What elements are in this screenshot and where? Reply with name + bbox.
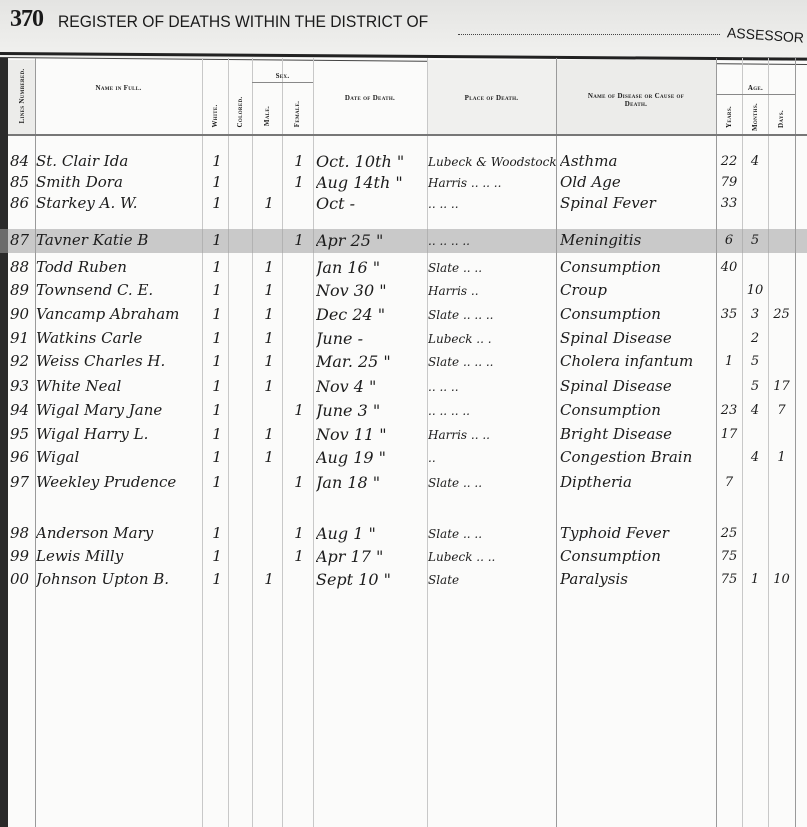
cell-name: Starkey A. W. — [36, 194, 204, 212]
cell-line: 90 — [10, 305, 38, 323]
cell-white: 1 — [208, 425, 226, 443]
cell-white: 1 — [208, 281, 226, 299]
cell-date: Aug 14th " — [316, 173, 428, 192]
cell-line: 99 — [10, 547, 38, 565]
header-years: Years. — [725, 97, 733, 137]
cell-male: 1 — [257, 448, 281, 466]
cell-place: Slate .. .. — [428, 476, 556, 490]
cell-line: 00 — [10, 570, 38, 588]
cell-months: 5 — [742, 354, 768, 369]
cell-days: 25 — [768, 307, 795, 322]
header-female: Female. — [293, 94, 301, 134]
cell-date: Nov 11 " — [316, 425, 428, 444]
cell-line: 98 — [10, 524, 38, 542]
cell-male: 1 — [257, 258, 281, 276]
cell-name: Johnson Upton B. — [36, 570, 204, 588]
cell-female: 1 — [287, 401, 311, 419]
page-number: 370 — [10, 6, 43, 33]
header-male: Male. — [263, 96, 271, 136]
cell-name: Townsend C. E. — [36, 281, 204, 299]
binding-edge — [0, 58, 8, 827]
cell-date: Apr 25 " — [316, 231, 428, 250]
header-days: Days. — [777, 99, 785, 139]
cell-white: 1 — [208, 329, 226, 347]
cell-male: 1 — [257, 352, 281, 370]
cell-name: Wigal Mary Jane — [36, 401, 204, 419]
table-row: 92Weiss Charles H.11Mar. 25 "Slate .. ..… — [8, 350, 798, 374]
cell-name: Watkins Carle — [36, 329, 204, 347]
cell-years: 22 — [716, 154, 742, 169]
cell-white: 1 — [208, 448, 226, 466]
table-row: 90Vancamp Abraham11Dec 24 "Slate .. .. .… — [8, 303, 798, 327]
cell-name: White Neal — [36, 377, 204, 395]
cell-place: Slate .. .. — [428, 527, 556, 541]
cell-female: 1 — [287, 152, 311, 170]
cell-years: 23 — [716, 403, 742, 418]
cell-line: 93 — [10, 377, 38, 395]
cell-place: Lubeck .. . — [428, 332, 556, 346]
cell-disease: Croup — [560, 281, 720, 299]
assessor-label: ASSESSOR — [727, 24, 805, 45]
cell-date: Aug 1 " — [316, 524, 428, 543]
cell-place: .. — [428, 451, 556, 465]
cell-date: Jan 18 " — [316, 473, 428, 492]
age-subheader-rule — [716, 94, 795, 95]
cell-disease: Typhoid Fever — [560, 524, 720, 542]
cell-place: Slate — [428, 573, 556, 587]
cell-place: Lubeck .. .. — [428, 550, 556, 564]
header-place-of-death: Place of Death. — [427, 94, 556, 102]
cell-male: 1 — [257, 305, 281, 323]
table-row: 00Johnson Upton B.11Sept 10 "SlateParaly… — [8, 568, 798, 592]
cell-disease: Cholera infantum — [560, 352, 720, 370]
cell-male: 1 — [257, 194, 281, 212]
cell-name: Weiss Charles H. — [36, 352, 204, 370]
cell-male: 1 — [257, 425, 281, 443]
cell-date: Apr 17 " — [316, 547, 428, 566]
cell-date: Oct - — [316, 194, 428, 213]
cell-disease: Meningitis — [560, 231, 720, 249]
cell-place: .. .. .. .. — [428, 234, 556, 248]
cell-place: .. .. .. .. — [428, 404, 556, 418]
cell-white: 1 — [208, 258, 226, 276]
cell-years: 33 — [716, 196, 742, 211]
header-disease: Name of Disease or Cause of Death. — [576, 92, 696, 108]
cell-disease: Paralysis — [560, 570, 720, 588]
cell-name: Todd Ruben — [36, 258, 204, 276]
table-row: 87Tavner Katie B11Apr 25 ".. .. .. ..Men… — [0, 229, 807, 253]
cell-line: 92 — [10, 352, 38, 370]
cell-disease: Asthma — [560, 152, 720, 170]
cell-date: Jan 16 " — [316, 258, 428, 277]
header-lines-numbered: Lines Numbered. — [18, 61, 26, 131]
cell-date: Nov 4 " — [316, 377, 428, 396]
cell-line: 97 — [10, 473, 38, 491]
cell-disease: Consumption — [560, 305, 720, 323]
cell-male: 1 — [257, 377, 281, 395]
cell-place: .. .. .. — [428, 197, 556, 211]
cell-name: Smith Dora — [36, 173, 204, 191]
cell-date: June - — [316, 329, 428, 348]
cell-months: 1 — [742, 572, 768, 587]
cell-years: 25 — [716, 526, 742, 541]
sex-subheader-rule — [252, 82, 313, 83]
cell-years: 35 — [716, 307, 742, 322]
cell-date: June 3 " — [316, 401, 428, 420]
cell-months: 5 — [742, 233, 768, 248]
cell-months: 4 — [742, 403, 768, 418]
cell-years: 7 — [716, 475, 742, 490]
cell-place: Harris .. .. .. — [428, 176, 556, 190]
cell-name: Weekley Prudence — [36, 473, 204, 491]
cell-years: 79 — [716, 175, 742, 190]
cell-days: 17 — [768, 379, 795, 394]
cell-line: 88 — [10, 258, 38, 276]
register-title: REGISTER OF DEATHS WITHIN THE DISTRICT O… — [58, 12, 428, 32]
cell-days: 1 — [768, 450, 795, 465]
cell-days: 7 — [768, 403, 795, 418]
cell-years: 75 — [716, 549, 742, 564]
cell-date: Mar. 25 " — [316, 352, 428, 371]
cell-disease: Consumption — [560, 547, 720, 565]
cell-months: 10 — [742, 283, 768, 298]
district-blank-field — [458, 34, 720, 35]
cell-years: 6 — [716, 233, 742, 248]
cell-days: 10 — [768, 572, 795, 587]
cell-line: 95 — [10, 425, 38, 443]
table-row: 96Wigal11Aug 19 "..Congestion Brain41 — [8, 446, 798, 470]
cell-date: Nov 30 " — [316, 281, 428, 300]
cell-white: 1 — [208, 305, 226, 323]
cell-disease: Spinal Disease — [560, 329, 720, 347]
cell-line: 84 — [10, 152, 38, 170]
cell-disease: Spinal Fever — [560, 194, 720, 212]
cell-white: 1 — [208, 231, 226, 249]
cell-white: 1 — [208, 352, 226, 370]
table-row: 89Townsend C. E.11Nov 30 "Harris ..Croup… — [8, 279, 798, 303]
cell-white: 1 — [208, 401, 226, 419]
cell-place: Harris .. — [428, 284, 556, 298]
cell-line: 89 — [10, 281, 38, 299]
cell-white: 1 — [208, 194, 226, 212]
cell-name: Lewis Milly — [36, 547, 204, 565]
cell-months: 3 — [742, 307, 768, 322]
cell-months: 2 — [742, 331, 768, 346]
cell-place: Slate .. .. .. — [428, 308, 556, 322]
header-white: White. — [211, 96, 219, 136]
cell-disease: Congestion Brain — [560, 448, 720, 466]
cell-date: Aug 19 " — [316, 448, 428, 467]
header-name-in-full: Name in Full. — [35, 84, 202, 92]
table-row: 94Wigal Mary Jane11June 3 ".. .. .. ..Co… — [8, 399, 798, 423]
cell-white: 1 — [208, 377, 226, 395]
cell-disease: Bright Disease — [560, 425, 720, 443]
header-colored: Colored. — [236, 92, 244, 132]
cell-place: Slate .. .. — [428, 261, 556, 275]
cell-date: Dec 24 " — [316, 305, 428, 324]
cell-name: Wigal — [36, 448, 204, 466]
cell-white: 1 — [208, 547, 226, 565]
cell-line: 87 — [10, 231, 38, 249]
cell-name: Vancamp Abraham — [36, 305, 204, 323]
cell-white: 1 — [208, 473, 226, 491]
cell-female: 1 — [287, 173, 311, 191]
cell-months: 4 — [742, 450, 768, 465]
cell-white: 1 — [208, 173, 226, 191]
cell-months: 4 — [742, 154, 768, 169]
table-row: 91Watkins Carle11June -Lubeck .. .Spinal… — [8, 327, 798, 351]
cell-line: 94 — [10, 401, 38, 419]
table-row: 95Wigal Harry L.11Nov 11 "Harris .. ..Br… — [8, 423, 798, 447]
header-months: Months. — [751, 97, 759, 137]
cell-line: 91 — [10, 329, 38, 347]
cell-male: 1 — [257, 570, 281, 588]
cell-male: 1 — [257, 329, 281, 347]
header-date-of-death: Date of Death. — [313, 94, 427, 102]
table-row: 93White Neal11Nov 4 ".. .. ..Spinal Dise… — [8, 375, 798, 399]
page-header-band: 370 REGISTER OF DEATHS WITHIN THE DISTRI… — [0, 0, 807, 58]
cell-white: 1 — [208, 524, 226, 542]
cell-name: Wigal Harry L. — [36, 425, 204, 443]
cell-place: Slate .. .. .. — [428, 355, 556, 369]
cell-female: 1 — [287, 524, 311, 542]
cell-white: 1 — [208, 152, 226, 170]
cell-years: 1 — [716, 354, 742, 369]
cell-female: 1 — [287, 547, 311, 565]
table-row: 88Todd Ruben11Jan 16 "Slate .. ..Consump… — [8, 256, 798, 280]
cell-years: 40 — [716, 260, 742, 275]
header-age: Age. — [716, 84, 795, 92]
cell-disease: Spinal Disease — [560, 377, 720, 395]
cell-line: 85 — [10, 173, 38, 191]
cell-line: 86 — [10, 194, 38, 212]
table-row: 99Lewis Milly11Apr 17 "Lubeck .. ..Consu… — [8, 545, 798, 569]
cell-male: 1 — [257, 281, 281, 299]
cell-disease: Diptheria — [560, 473, 720, 491]
cell-white: 1 — [208, 570, 226, 588]
table-row: 86Starkey A. W.11Oct -.. .. ..Spinal Fev… — [8, 192, 798, 216]
cell-months: 5 — [742, 379, 768, 394]
cell-place: .. .. .. — [428, 380, 556, 394]
table-row: 98Anderson Mary11Aug 1 "Slate .. ..Typho… — [8, 522, 798, 546]
cell-female: 1 — [287, 473, 311, 491]
cell-place: Harris .. .. — [428, 428, 556, 442]
cell-disease: Old Age — [560, 173, 720, 191]
cell-disease: Consumption — [560, 258, 720, 276]
cell-place: Lubeck & Woodstock — [428, 155, 556, 169]
cell-female: 1 — [287, 231, 311, 249]
cell-name: Tavner Katie B — [36, 231, 204, 249]
cell-name: Anderson Mary — [36, 524, 204, 542]
header-bottom-rule — [8, 134, 807, 136]
cell-date: Oct. 10th " — [316, 152, 428, 171]
cell-date: Sept 10 " — [316, 570, 428, 589]
table-row: 97Weekley Prudence11Jan 18 "Slate .. ..D… — [8, 471, 798, 495]
header-sex: Sex. — [252, 72, 313, 80]
cell-years: 75 — [716, 572, 742, 587]
cell-years: 17 — [716, 427, 742, 442]
cell-name: St. Clair Ida — [36, 152, 204, 170]
cell-disease: Consumption — [560, 401, 720, 419]
cell-line: 96 — [10, 448, 38, 466]
